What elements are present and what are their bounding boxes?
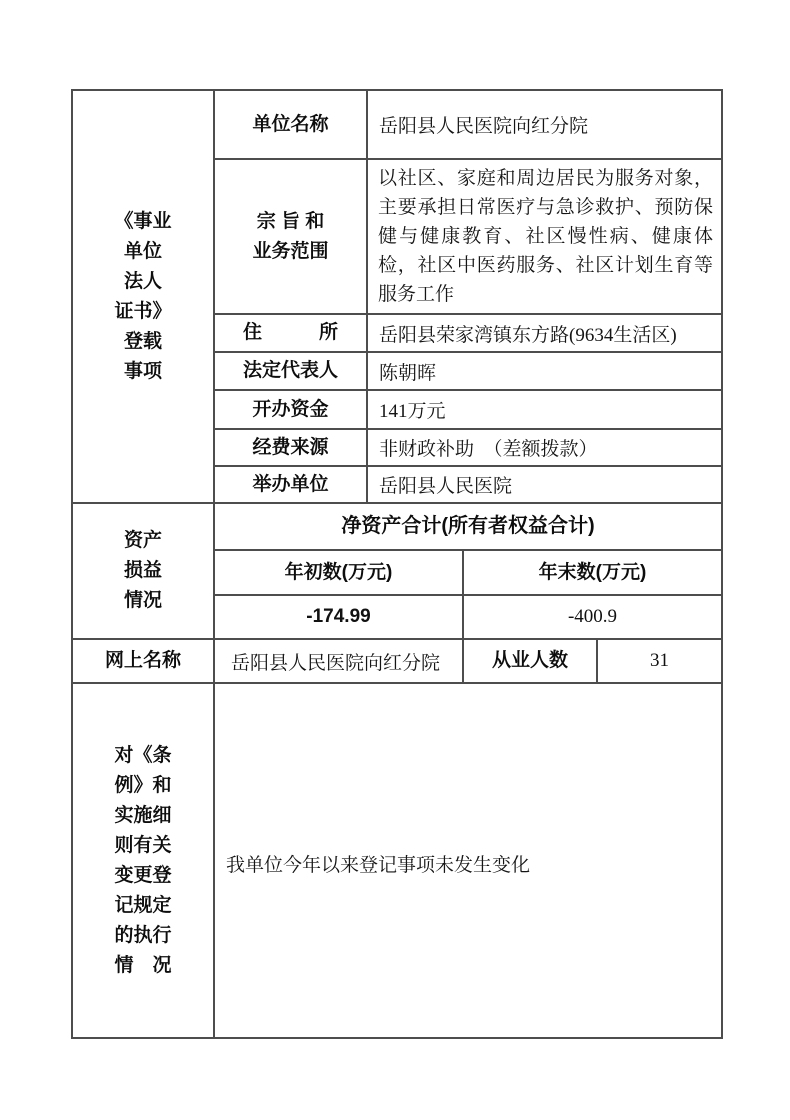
staff-count-value: 31 — [597, 639, 722, 683]
table-row: 资产 损益 情况 净资产合计(所有者权益合计) — [72, 503, 722, 550]
assets-section-label: 资产 损益 情况 — [72, 503, 214, 639]
unit-name-value: 岳阳县人民医院向红分院 — [367, 90, 722, 159]
compliance-statement-value: 我单位今年以来登记事项未发生变化 — [214, 683, 722, 1038]
table-row: 《事业 单位 法人 证书》 登载 事项 单位名称 岳阳县人民医院向红分院 — [72, 90, 722, 159]
online-name-label: 网上名称 — [72, 639, 214, 683]
funding-source-value: 非财政补助 （差额拨款） — [367, 429, 722, 466]
unit-name-label: 单位名称 — [214, 90, 367, 159]
year-start-label: 年初数(万元) — [214, 550, 463, 595]
opening-capital-value: 141万元 — [367, 390, 722, 429]
legal-representative-value: 陈朝晖 — [367, 352, 722, 390]
table-row: 网上名称 岳阳县人民医院向红分院 从业人数 31 — [72, 639, 722, 683]
compliance-section-label: 对《条 例》和 实施细 则有关 变更登 记规定 的执行 情 况 — [72, 683, 214, 1038]
table-row: 对《条 例》和 实施细 则有关 变更登 记规定 的执行 情 况 我单位今年以来登… — [72, 683, 722, 1038]
legal-representative-label: 法定代表人 — [214, 352, 367, 390]
address-value: 岳阳县荣家湾镇东方路(9634生活区) — [367, 314, 722, 352]
online-name-value: 岳阳县人民医院向红分院 — [214, 639, 463, 683]
purpose-scope-value: 以社区、家庭和周边居民为服务对象，主要承担日常医疗与急诊救护、预防保健与健康教育… — [367, 159, 722, 314]
organizer-label: 举办单位 — [214, 466, 367, 503]
net-assets-header: 净资产合计(所有者权益合计) — [214, 503, 722, 550]
funding-source-label: 经费来源 — [214, 429, 367, 466]
document-page: 《事业 单位 法人 证书》 登载 事项 单位名称 岳阳县人民医院向红分院 宗 旨… — [0, 0, 790, 1120]
certificate-section-label: 《事业 单位 法人 证书》 登载 事项 — [72, 90, 214, 503]
purpose-scope-label: 宗 旨 和 业务范围 — [214, 159, 367, 314]
opening-capital-label: 开办资金 — [214, 390, 367, 429]
staff-count-label: 从业人数 — [463, 639, 597, 683]
year-end-value: -400.9 — [463, 595, 722, 639]
compliance-statement-text: 我单位今年以来登记事项未发生变化 — [226, 845, 715, 877]
year-start-value: -174.99 — [214, 595, 463, 639]
address-label: 住 所 — [214, 314, 367, 352]
registration-table: 《事业 单位 法人 证书》 登载 事项 单位名称 岳阳县人民医院向红分院 宗 旨… — [71, 89, 723, 1039]
year-end-label: 年末数(万元) — [463, 550, 722, 595]
organizer-value: 岳阳县人民医院 — [367, 466, 722, 503]
